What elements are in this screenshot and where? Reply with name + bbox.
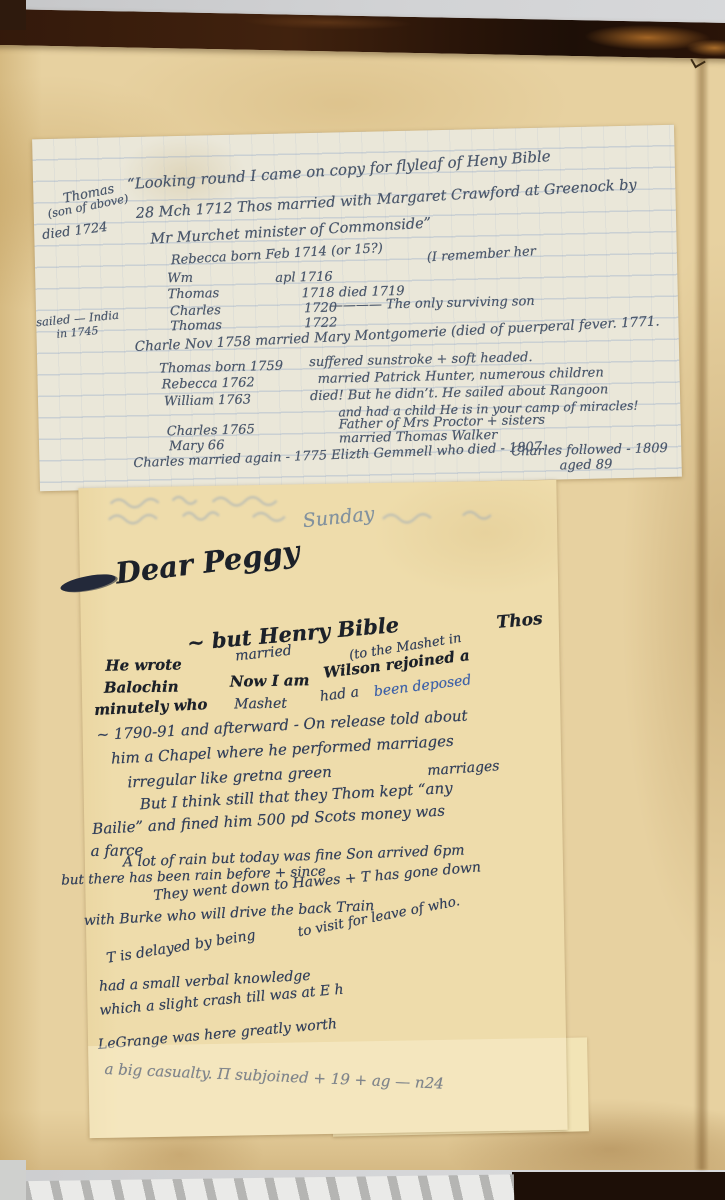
handwritten-line: Balochin	[104, 680, 179, 696]
handwritten-line: LeGrange was here greatly worth	[97, 1017, 337, 1052]
handwritten-line: aged 89	[559, 458, 612, 472]
book-corner-top-left	[0, 0, 26, 30]
handwritten-line: Mr Murchet minister of Commonside”	[150, 216, 432, 247]
white-cloth-edge	[0, 1160, 26, 1200]
handwritten-line: Charles followed - 1809	[511, 442, 668, 459]
handwritten-line: (I remember her	[427, 245, 537, 264]
handwritten-line: T is delayed by being	[105, 928, 256, 965]
handwritten-line: Wm	[167, 272, 193, 286]
handwritten-line: Thomas	[168, 287, 220, 301]
handwritten-line: marriages	[427, 759, 500, 778]
handwritten-line: 1722	[304, 316, 337, 330]
handwritten-line: Thomas born 1759	[159, 360, 283, 376]
handwritten-line: Mary 66	[169, 439, 225, 453]
handwritten-line: had a	[319, 685, 360, 704]
genealogy-note: “Looking round I came on copy for flylea…	[32, 125, 682, 491]
handwritten-line: been deposed	[373, 673, 472, 699]
handwritten-line: William 1763	[164, 393, 251, 408]
margin-note: died 1724	[41, 221, 108, 242]
handwritten-line: Rebecca 1762	[162, 376, 255, 391]
handwritten-line: Thos	[496, 611, 543, 632]
handwritten-line: suffered sunstroke + soft headed.	[309, 351, 533, 369]
letter-salutation: Dear Peggy	[114, 537, 301, 588]
handwritten-line: apl 1716	[275, 271, 333, 285]
letter-note: Sunday Dear Peggy Thos ~ but Henry Bible…	[78, 480, 567, 1138]
handwritten-line: Rebecca born Feb 1714 (or 15?)	[171, 242, 384, 267]
handwritten-line: Charles 1765	[167, 423, 255, 438]
handwritten-line: married	[235, 644, 293, 664]
photograph-of-scrapbook-page: “Looking round I came on copy for flylea…	[0, 0, 725, 1200]
handwritten-line: He wrote	[105, 657, 181, 673]
handwritten-line: Charles	[170, 304, 221, 318]
handwritten-line: Now I am	[230, 673, 310, 689]
handwritten-line: Mashet	[234, 697, 287, 712]
book-corner-bottom-right	[512, 1172, 725, 1200]
handwritten-line: Thomas	[170, 319, 222, 333]
margin-note: in 1745	[56, 325, 99, 340]
handwritten-line: minutely who	[94, 697, 208, 718]
handwritten-line: ———— The only surviving son	[330, 295, 535, 313]
handwritten-line: a big casualty. Π subjoined + 19 + ag — …	[104, 1062, 444, 1092]
page-crease-shadow	[694, 44, 708, 1170]
